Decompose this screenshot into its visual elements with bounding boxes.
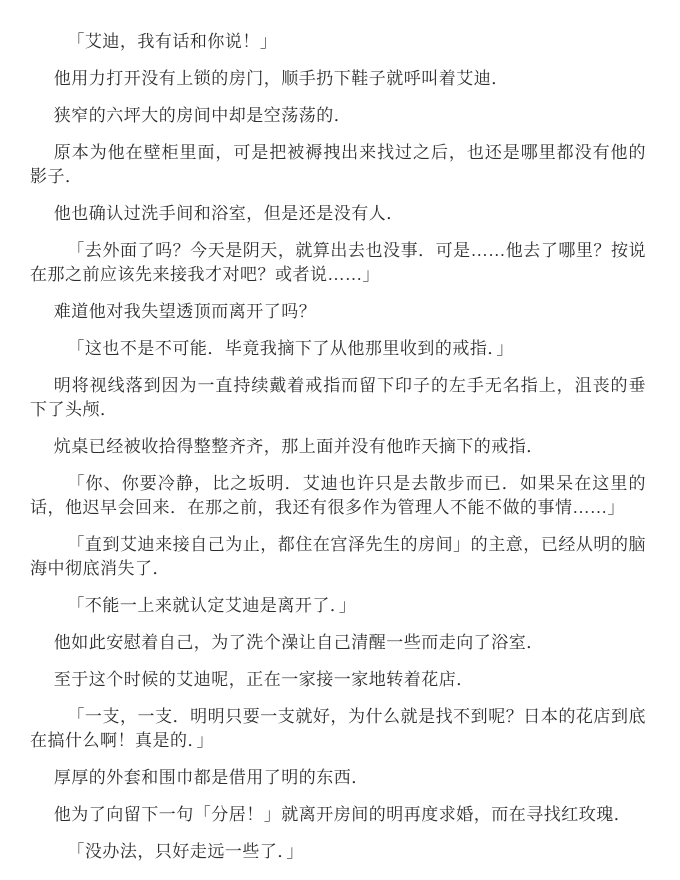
paragraph: 「没办法，只好走远一些了．」 (30, 840, 646, 864)
paragraph: 难道他对我失望透顶而离开了吗？ (30, 300, 646, 324)
paragraph: 「去外面了吗？今天是阴天，就算出去也没事．可是……他去了哪里？按说在那之前应该先… (30, 239, 646, 287)
paragraph: 他用力打开没有上锁的房门，顺手扔下鞋子就呼叫着艾迪． (30, 67, 646, 91)
paragraph: 「这也不是不可能．毕竟我摘下了从他那里收到的戒指．」 (30, 337, 646, 361)
paragraph: 「不能一上来就认定艾迪是离开了．」 (30, 594, 646, 618)
paragraph: 他也确认过洗手间和浴室，但是还是没有人． (30, 202, 646, 226)
paragraph: 至于这个时候的艾迪呢，正在一家接一家地转着花店． (30, 668, 646, 692)
paragraph: 明将视线落到因为一直持续戴着戒指而留下印子的左手无名指上，沮丧的垂下了头颅． (30, 374, 646, 422)
paragraph: 「艾迪，我有话和你说！」 (30, 30, 646, 54)
paragraph: 「一支，一支．明明只要一支就好，为什么就是找不到呢？日本的花店到底在搞什么啊！真… (30, 705, 646, 753)
paragraph: 狭窄的六坪大的房间中却是空荡荡的． (30, 104, 646, 128)
document-page: 「艾迪，我有话和你说！」他用力打开没有上锁的房门，顺手扔下鞋子就呼叫着艾迪．狭窄… (0, 0, 680, 880)
paragraph: 厚厚的外套和围巾都是借用了明的东西． (30, 766, 646, 790)
paragraph: 原本为他在壁柜里面，可是把被褥拽出来找过之后，也还是哪里都没有他的影子． (30, 141, 646, 189)
paragraph: 他为了向留下一句「分居！」就离开房间的明再度求婚，而在寻找红玫瑰． (30, 803, 646, 827)
paragraph: 炕桌已经被收拾得整整齐齐，那上面并没有他昨天摘下的戒指． (30, 435, 646, 459)
text-body: 「艾迪，我有话和你说！」他用力打开没有上锁的房门，顺手扔下鞋子就呼叫着艾迪．狭窄… (30, 30, 646, 864)
paragraph: 「你、你要冷静，比之坂明．艾迪也许只是去散步而已．如果呆在这里的话，他迟早会回来… (30, 472, 646, 520)
paragraph: 他如此安慰着自己，为了洗个澡让自己清醒一些而走向了浴室． (30, 631, 646, 655)
paragraph: 「直到艾迪来接自己为止，都住在宫泽先生的房间」的主意，已经从明的脑海中彻底消失了… (30, 533, 646, 581)
